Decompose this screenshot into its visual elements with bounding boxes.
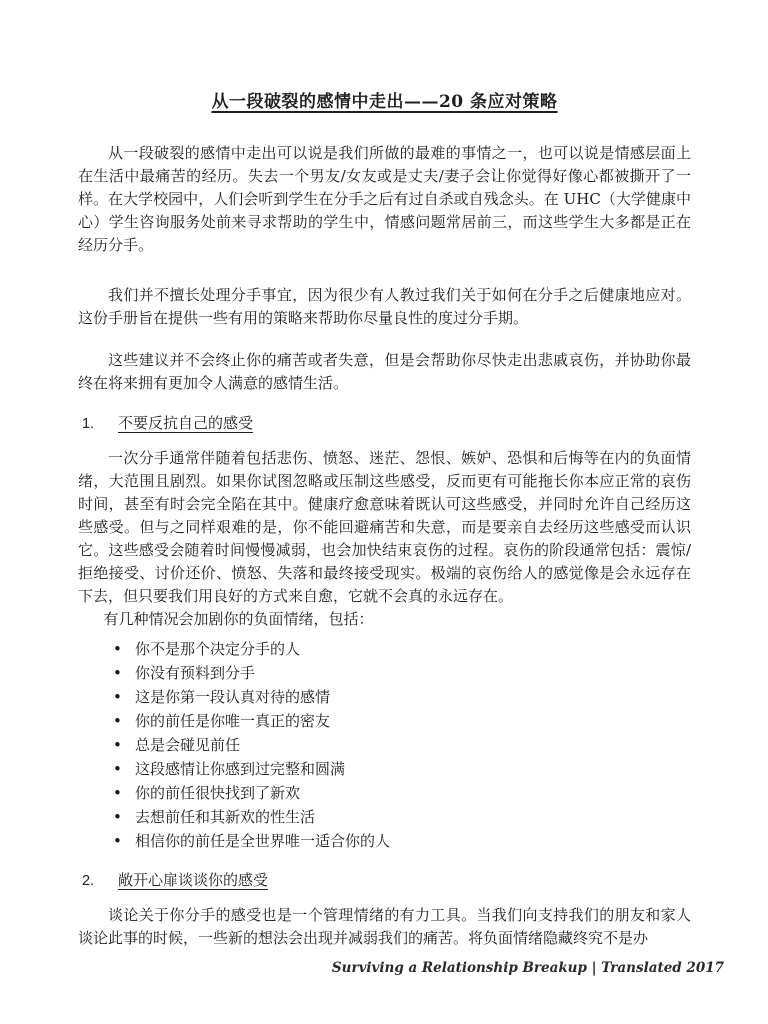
list-item: 这段感情让你感到过完整和圆满	[78, 757, 691, 781]
list-item: 去想前任和其新欢的性生活	[78, 805, 691, 829]
section-1-body: 一次分手通常伴随着包括悲伤、愤怒、迷茫、怨恨、嫉妒、恐惧和后悔等在内的负面情绪，…	[78, 447, 691, 608]
section-1-number: 1.	[78, 413, 118, 436]
intro-paragraph-3: 这些建议并不会终止你的痛苦或者失意，但是会帮助你尽快走出悲戚哀伤，并协助你最终在…	[78, 349, 691, 395]
list-item: 相信你的前任是全世界唯一适合你的人	[78, 829, 691, 853]
page-footer: Surviving a Relationship Breakup | Trans…	[332, 960, 724, 976]
section-2-body: 谈论关于你分手的感受也是一个管理情绪的有力工具。当我们向支持我们的朋友和家人谈论…	[78, 904, 691, 950]
list-item: 你没有预料到分手	[78, 661, 691, 685]
section-1-heading: 1. 不要反抗自己的感受	[78, 412, 691, 436]
list-item: 总是会碰见前任	[78, 733, 691, 757]
list-item: 你的前任是你唯一真正的密友	[78, 709, 691, 733]
negative-emotion-factors-list: 你不是那个决定分手的人 你没有预料到分手 这是你第一段认真对待的感情 你的前任是…	[78, 637, 691, 853]
list-item: 这是你第一段认真对待的感情	[78, 685, 691, 709]
section-2-heading: 2. 敞开心扉谈谈你的感受	[78, 869, 691, 893]
document-content: 从一段破裂的感情中走出——20 条应对策略 从一段破裂的感情中走出可以说是我们所…	[0, 0, 768, 950]
intro-paragraph-1: 从一段破裂的感情中走出可以说是我们所做的最难的事情之一，也可以说是情感层面上在生…	[78, 142, 691, 257]
list-item: 你不是那个决定分手的人	[78, 637, 691, 661]
intro-paragraph-2: 我们并不擅长处理分手事宜，因为很少有人教过我们关于如何在分手之后健康地应对。这份…	[78, 284, 691, 330]
section-1: 1. 不要反抗自己的感受 一次分手通常伴随着包括悲伤、愤怒、迷茫、怨恨、嫉妒、恐…	[78, 412, 691, 853]
document-title: 从一段破裂的感情中走出——20 条应对策略	[78, 90, 691, 114]
document-page: 从一段破裂的感情中走出——20 条应对策略 从一段破裂的感情中走出可以说是我们所…	[0, 0, 768, 1024]
list-item: 你的前任很快找到了新欢	[78, 781, 691, 805]
section-2-title: 敞开心扉谈谈你的感受	[118, 869, 268, 892]
section-2: 2. 敞开心扉谈谈你的感受 谈论关于你分手的感受也是一个管理情绪的有力工具。当我…	[78, 869, 691, 950]
section-1-title: 不要反抗自己的感受	[118, 412, 253, 435]
section-1-list-intro: 有几种情况会加剧你的负面情绪，包括：	[78, 608, 691, 631]
section-2-number: 2.	[78, 870, 118, 893]
